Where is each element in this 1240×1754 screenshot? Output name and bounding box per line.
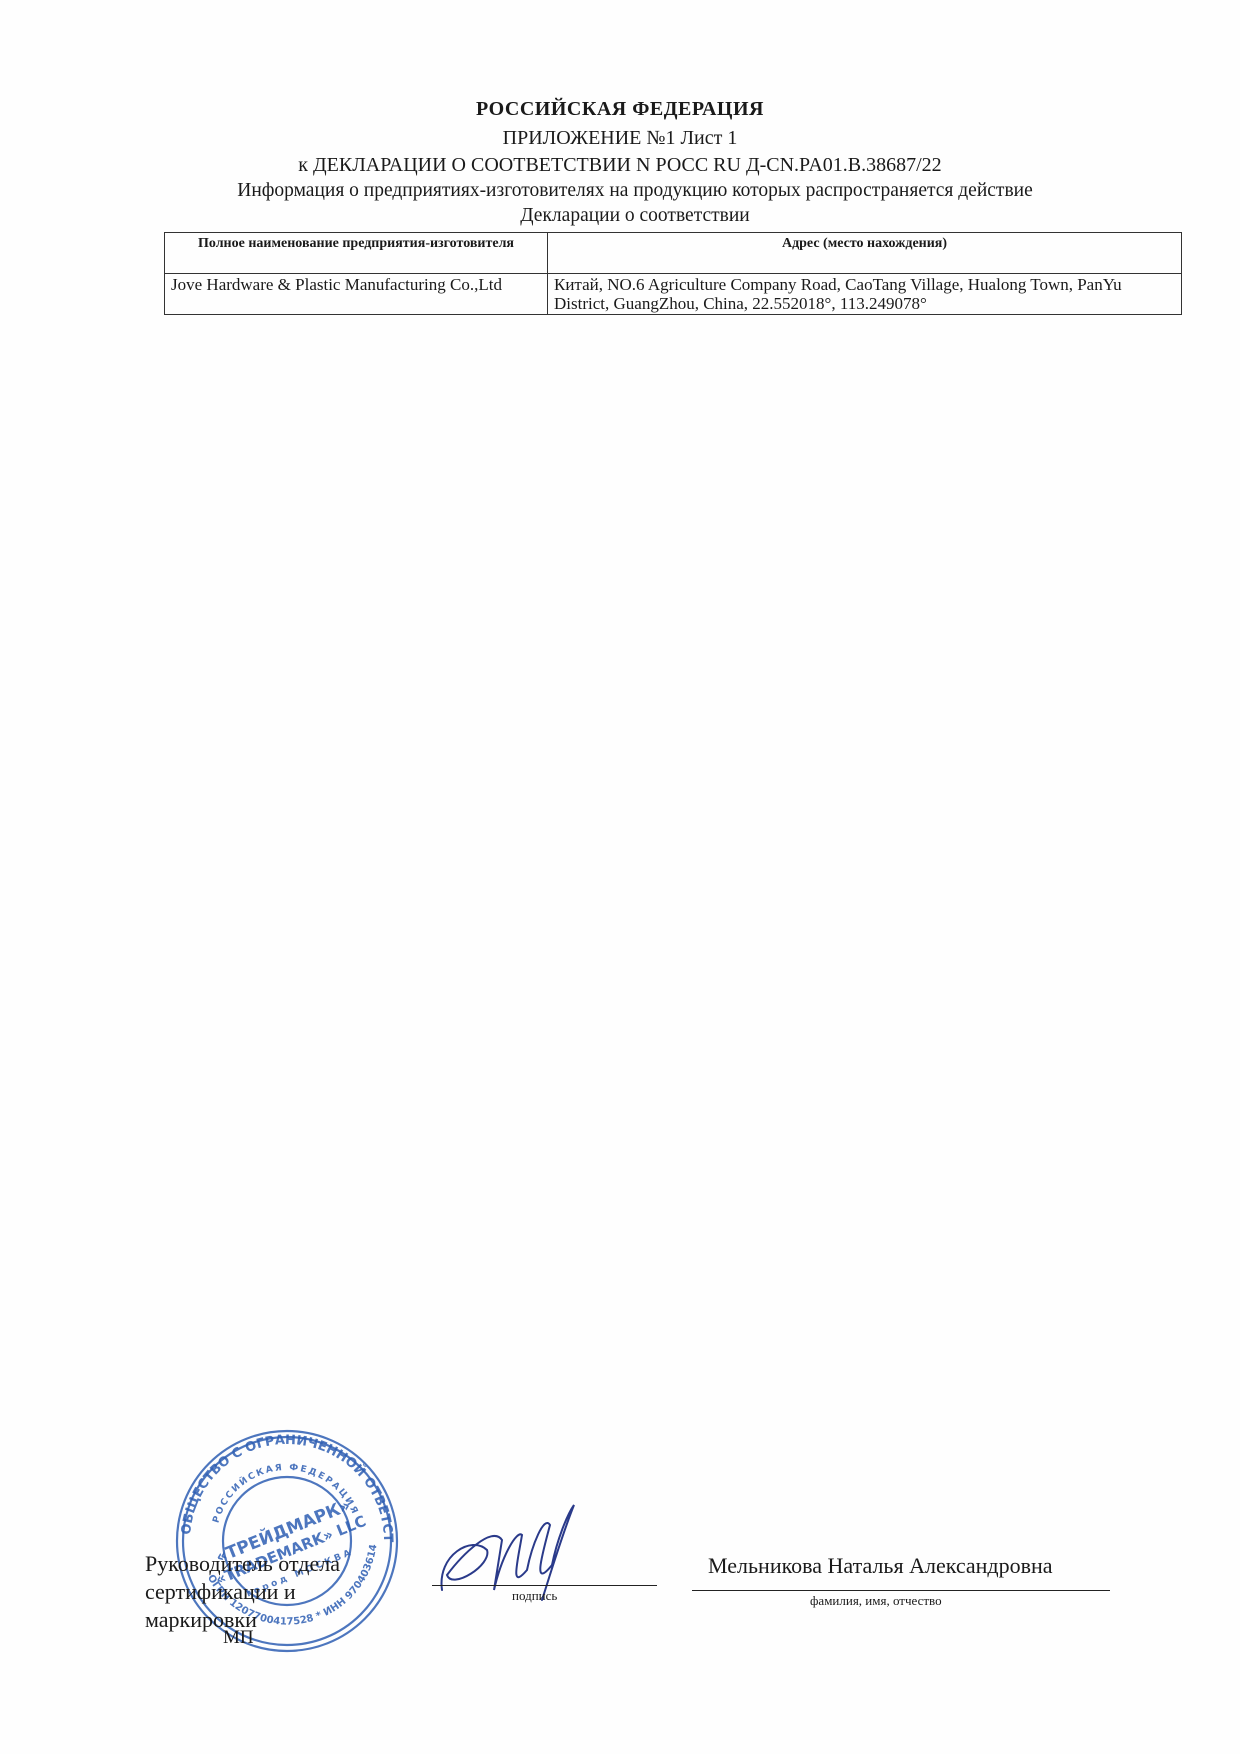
info-line-1: Информация о предприятиях-изготовителях … xyxy=(15,180,1240,202)
table-header-row: Полное наименование предприятия-изготови… xyxy=(165,233,1182,274)
mp-label: МП xyxy=(223,1627,254,1649)
manufacturer-address: Китай, NO.6 Agriculture Company Road, Ca… xyxy=(548,274,1182,315)
signature-caption: подпись xyxy=(512,1588,557,1604)
document-page: РОССИЙСКАЯ ФЕДЕРАЦИЯ ПРИЛОЖЕНИЕ №1 Лист … xyxy=(0,0,1240,1754)
signature-line xyxy=(432,1585,657,1586)
signatory-full-name: Мельникова Наталья Александровна xyxy=(708,1553,1053,1579)
column-header-address: Адрес (место нахождения) xyxy=(548,233,1182,274)
declaration-number: к ДЕКЛАРАЦИИ О СООТВЕТСТВИИ N РОСС RU Д-… xyxy=(0,154,1240,177)
column-header-name: Полное наименование предприятия-изготови… xyxy=(165,233,548,274)
annex-title: ПРИЛОЖЕНИЕ №1 Лист 1 xyxy=(0,127,1240,150)
country-title: РОССИЙСКАЯ ФЕДЕРАЦИЯ xyxy=(0,98,1240,121)
info-line-2: Декларации о соответствии xyxy=(15,205,1240,227)
manufacturer-name: Jove Hardware & Plastic Manufacturing Co… xyxy=(165,274,548,315)
table-row: Jove Hardware & Plastic Manufacturing Co… xyxy=(165,274,1182,315)
name-line xyxy=(692,1590,1110,1591)
manufacturers-table: Полное наименование предприятия-изготови… xyxy=(164,232,1182,315)
name-caption: фамилия, имя, отчество xyxy=(810,1593,942,1609)
signatory-role: Руководитель отдела сертификации и марки… xyxy=(145,1550,355,1634)
